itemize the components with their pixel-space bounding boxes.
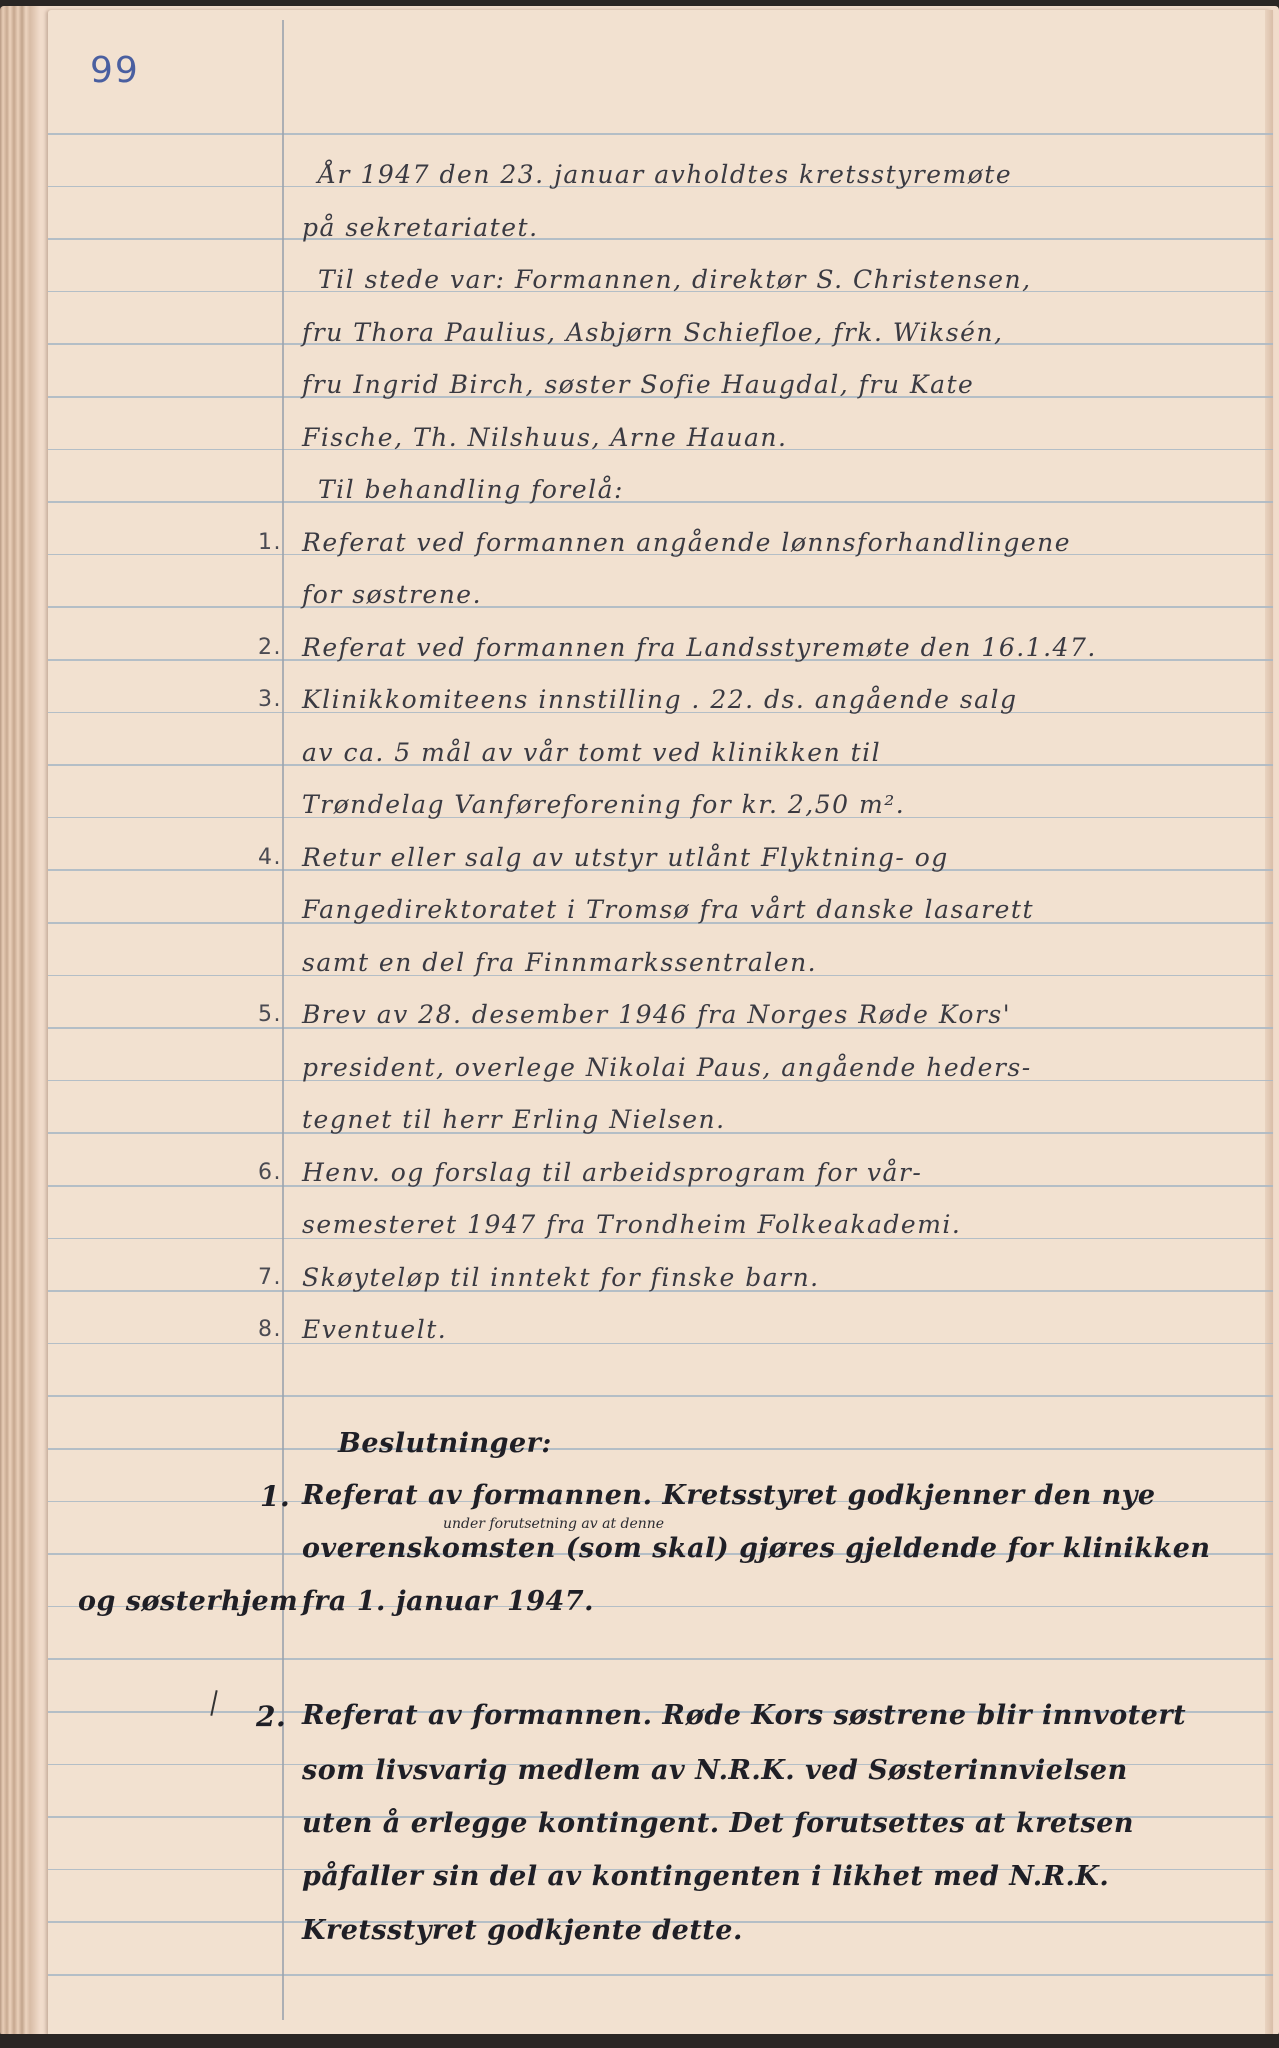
agenda-number: 2. — [258, 635, 282, 660]
ruled-line — [48, 1974, 1273, 1976]
agenda-item-line: president, overlege Nikolai Paus, angåen… — [302, 1053, 1032, 1082]
page-edge — [1265, 10, 1273, 2036]
decision-line: Referat av formannen. Kretsstyret godkje… — [302, 1480, 1156, 1511]
decision-number: 1. — [260, 1480, 290, 1513]
decision-line: fra 1. januar 1947. — [302, 1586, 594, 1617]
interlinear-insert: under forutsetning av at denne — [443, 1516, 664, 1532]
agenda-number: 1. — [258, 530, 282, 555]
agenda-number: 3. — [258, 687, 282, 712]
decision-line: uten å erlegge kontingent. Det forutsett… — [302, 1808, 1134, 1839]
decision-line: som livsvarig medlem av N.R.K. ved Søste… — [302, 1755, 1128, 1786]
ledger-page: 99 År 1947 den 23. januar avholdtes kret… — [48, 10, 1273, 2036]
agenda-item-line: Henv. og forslag til arbeidsprogram for … — [302, 1158, 922, 1187]
agenda-item-line: Retur eller salg av utstyr utlånt Flyktn… — [302, 843, 949, 872]
agenda-number: 7. — [258, 1265, 282, 1290]
agenda-item-line: tegnet til herr Erling Nielsen. — [302, 1105, 726, 1134]
page-number: 99 — [90, 50, 140, 91]
ruled-line — [48, 1343, 1273, 1345]
decision-line: Kretsstyret godkjente dette. — [302, 1915, 743, 1946]
agenda-item-line: semesteret 1947 fra Trondheim Folkeakade… — [302, 1210, 961, 1239]
decisions-heading: Beslutninger: — [338, 1428, 552, 1459]
decision-line: Referat av formannen. Røde Kors søstrene… — [302, 1700, 1186, 1731]
ruled-line — [48, 606, 1273, 608]
agenda-number: 8. — [258, 1317, 282, 1342]
agenda-item-line: Brev av 28. desember 1946 fra Norges Rød… — [302, 1000, 1011, 1029]
margin-note: og søsterhjem — [78, 1586, 298, 1617]
ruled-line — [48, 501, 1273, 503]
agenda-item-line: Eventuelt. — [302, 1315, 447, 1344]
attendees-line: fru Ingrid Birch, søster Sofie Haugdal, … — [302, 370, 974, 399]
book-cover-edge — [0, 2034, 1279, 2048]
intro-line: på sekretariatet. — [302, 213, 539, 242]
decision-line: påfaller sin del av kontingenten i likhe… — [302, 1861, 1109, 1892]
attendees-line: Fische, Th. Nilshuus, Arne Hauan. — [302, 423, 787, 452]
intro-line: År 1947 den 23. januar avholdtes kretsst… — [318, 160, 1012, 189]
attendees-line: fru Thora Paulius, Asbjørn Schiefloe, fr… — [302, 318, 1003, 347]
ruled-line — [48, 238, 1273, 240]
ruled-line — [48, 1658, 1273, 1660]
ruled-line — [48, 1395, 1273, 1397]
agenda-item-line: Skøyteløp til inntekt for finske barn. — [302, 1263, 820, 1292]
agenda-item-line: for søstrene. — [302, 580, 482, 609]
agenda-item-line: av ca. 5 mål av vår tomt ved klinikken t… — [302, 738, 881, 767]
agenda-number: 4. — [258, 845, 282, 870]
agenda-item-line: Fangedirektoratet i Tromsø fra vårt dans… — [302, 895, 1034, 924]
agenda-heading: Til behandling forelå: — [318, 475, 624, 504]
agenda-item-line: samt en del fra Finnmarkssentralen. — [302, 948, 817, 977]
agenda-number: 6. — [258, 1160, 282, 1185]
decision-number: 2. — [256, 1700, 286, 1733]
agenda-item-line: Referat ved formannen angående lønnsforh… — [302, 528, 1071, 557]
ruled-line — [48, 133, 1273, 135]
agenda-item-line: Trøndelag Vanføreforening for kr. 2,50 m… — [302, 790, 905, 819]
attendees-line: Til stede var: Formannen, direktør S. Ch… — [318, 265, 1032, 294]
ruled-line — [48, 1448, 1273, 1450]
agenda-item-line: Klinikkomiteens innstilling . 22. ds. an… — [302, 685, 1018, 714]
agenda-item-line: Referat ved formannen fra Landsstyremøte… — [302, 633, 1097, 662]
decision-line: overenskomsten (som skal) gjøres gjelden… — [302, 1533, 1211, 1564]
agenda-number: 5. — [258, 1002, 282, 1027]
